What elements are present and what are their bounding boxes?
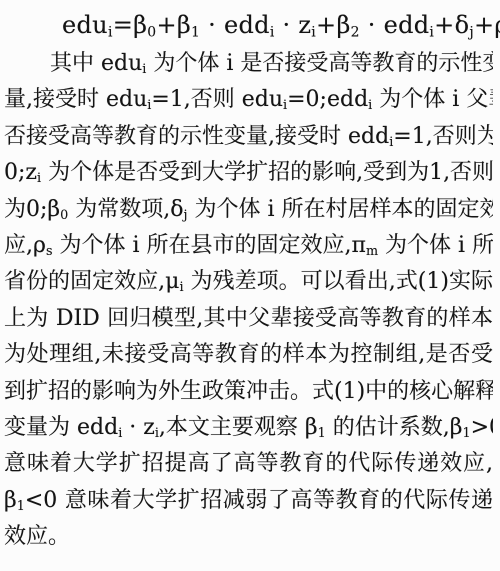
paragraph-line: 到扩招的影响为外生政策冲击。式(1)中的核心解释	[4, 374, 493, 410]
paragraph-line: 其中 edui 为个体 i 是否接受高等教育的示性变	[4, 46, 493, 82]
paragraph-line: 变量为 eddi · zi,本文主要观察 β1 的估计系数,β1>0	[4, 410, 493, 446]
paragraph-line: 为0;β0 为常数项,δj 为个体 i 所在村居样本的固定效	[4, 192, 493, 228]
paper-page: edui=β0+β1 · eddi · zi+β2 · eddi+δj+ρs+π…	[0, 0, 500, 571]
paragraph-line: 应,ρs 为个体 i 所在县市的固定效应,πm 为个体 i 所在	[4, 228, 493, 264]
equation-formula: edui=β0+β1 · eddi · zi+β2 · eddi+δj+ρs+π…	[62, 8, 500, 42]
paragraph-line: 量,接受时 edui=1,否则 edui=0;eddi 为个体 i 父辈③是	[4, 82, 493, 118]
paragraph-line: 省份的固定效应,μi 为残差项。可以看出,式(1)实际	[4, 264, 493, 300]
paragraph-line: 上为 DID 回归模型,其中父辈接受高等教育的样本	[4, 301, 493, 337]
paragraph-line: 否接受高等教育的示性变量,接受时 eddi=1,否则为	[4, 119, 493, 155]
paragraph-line: 为处理组,未接受高等教育的样本为控制组,是否受	[4, 337, 493, 373]
body-paragraph: 其中 edui 为个体 i 是否接受高等教育的示性变 量,接受时 edui=1,…	[0, 42, 500, 555]
paragraph-line: 0;zi 为个体是否受到大学扩招的影响,受到为1,否则	[4, 155, 493, 191]
paragraph-line: 意味着大学扩招提高了高等教育的代际传递效应,	[4, 446, 493, 482]
equation-row: edui=β0+β1 · eddi · zi+β2 · eddi+δj+ρs+π…	[0, 0, 500, 42]
paragraph-line: β1<0 意味着大学扩招减弱了高等教育的代际传递	[4, 483, 493, 519]
paragraph-line: 效应。	[4, 519, 493, 555]
